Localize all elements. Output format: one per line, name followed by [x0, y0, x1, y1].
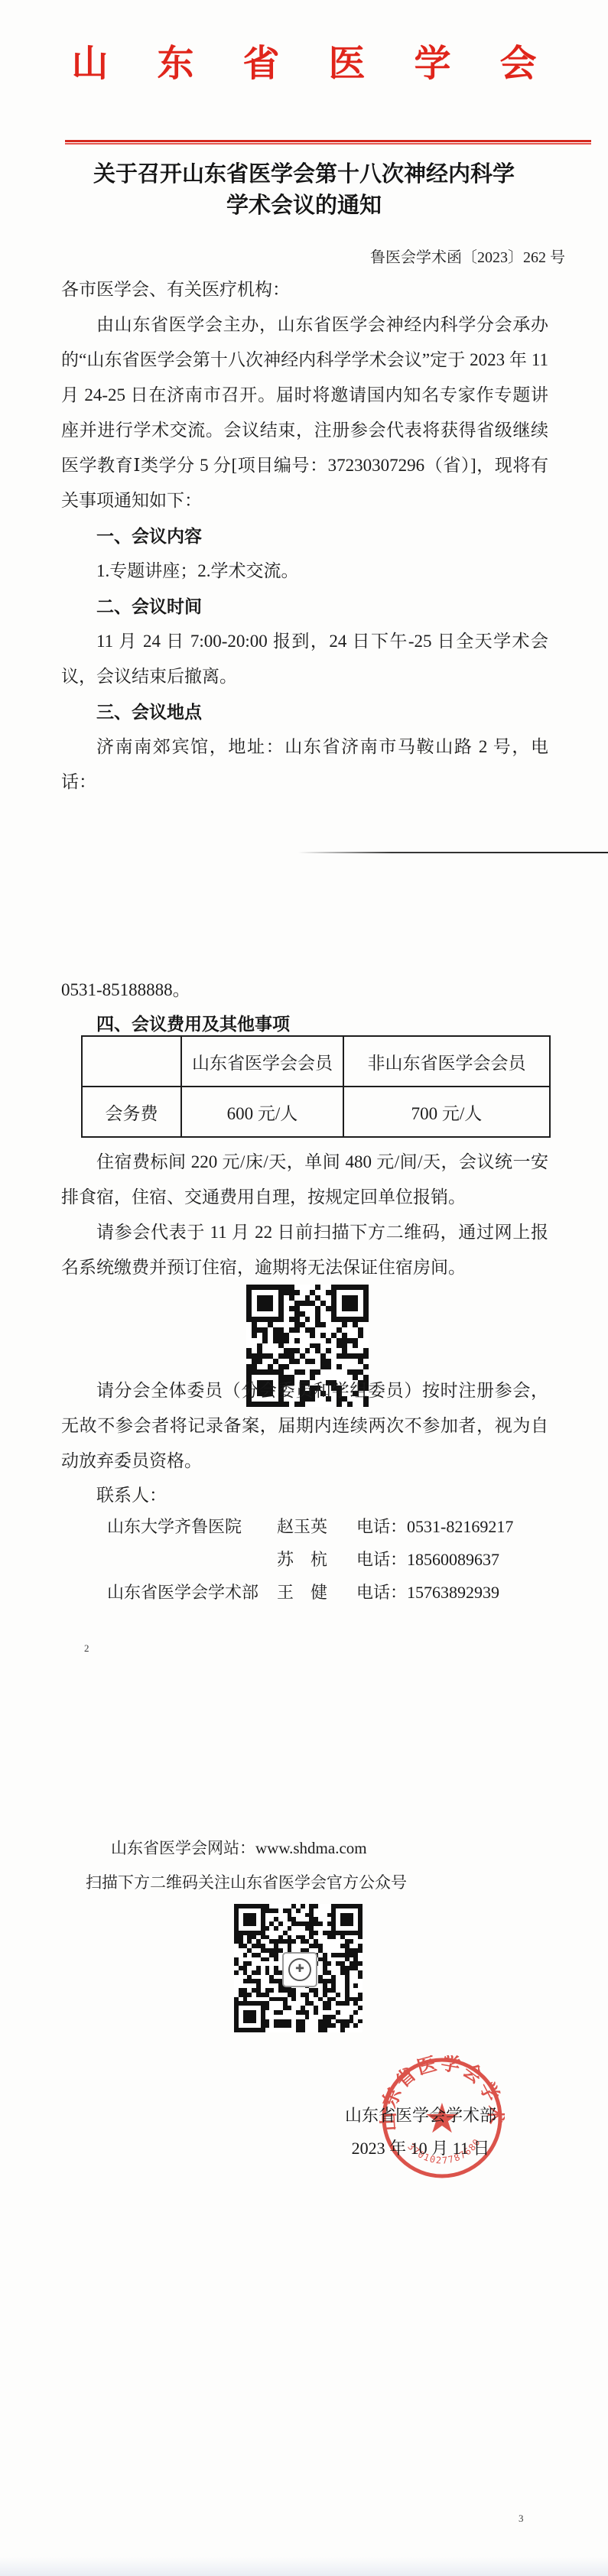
contact-org — [107, 1543, 277, 1576]
section-3-body: 济南南郊宾馆，地址：山东省济南市马鞍山路 2 号，电话： — [61, 729, 548, 800]
section-2-body: 11 月 24 日 7:00-20:00 报到，24 日下午-25 日全天学术会… — [61, 624, 548, 694]
page-scan-edge — [298, 852, 608, 853]
section-3-body-continued: 0531-85188888。 — [61, 973, 190, 1008]
contact-name: 赵玉英 — [277, 1510, 356, 1543]
fee-table-header-member: 山东省医学会会员 — [181, 1036, 343, 1087]
page-number-3: 3 — [519, 2513, 524, 2525]
document-title-line2: 学术会议的通知 — [46, 190, 562, 222]
scan-bottom-shadow — [0, 2557, 608, 2576]
letterhead-rule — [65, 140, 591, 145]
contact-phone: 电话：15763892939 — [356, 1576, 551, 1609]
contact-row: 山东省医学会学术部 王 健 电话：15763892939 — [107, 1576, 551, 1609]
contact-row: 山东大学齐鲁医院 赵玉英 电话：0531-82169217 — [107, 1510, 551, 1543]
website-line: 山东省医学会网站：www.shdma.com — [111, 1830, 367, 1866]
section-1-heading: 一、会议内容 — [96, 518, 202, 554]
scanned-notice-document: 山 东 省 医 学 会 关于召开山东省医学会第十八次神经内科学 学术会议的通知 … — [0, 0, 608, 2576]
contact-phone: 电话：18560089637 — [356, 1543, 551, 1576]
section-2-heading: 二、会议时间 — [96, 589, 202, 624]
fee-table-cell-member-fee: 600 元/人 — [181, 1087, 343, 1137]
lodging-paragraph: 住宿费标间 220 元/床/天，单间 480 元/间/天，会议统一安排食宿，住宿… — [61, 1145, 548, 1215]
contact-phone: 电话：0531-82169217 — [356, 1510, 551, 1543]
contacts-label: 联系人： — [96, 1478, 167, 1513]
fee-table-header-nonmember: 非山东省医学会会员 — [343, 1036, 550, 1087]
wechat-qr-caption: 扫描下方二维码关注山东省医学会官方公众号 — [86, 1865, 407, 1900]
document-title: 关于召开山东省医学会第十八次神经内科学 学术会议的通知 — [46, 159, 562, 222]
contact-name: 苏 杭 — [277, 1543, 356, 1576]
committee-notice-paragraph: 请分会全体委员（分会委员和学组委员）按时注册参会，无故不参会者将记录备案，届期内… — [61, 1373, 548, 1479]
section-1-body: 1.专题讲座；2.学术交流。 — [96, 554, 299, 589]
fee-table-header-row: 山东省医学会会员 非山东省医学会会员 — [82, 1036, 550, 1087]
contact-name: 王 健 — [277, 1576, 356, 1609]
qr-center-logo: ✚ — [282, 1952, 317, 1987]
contact-list: 山东大学齐鲁医院 赵玉英 电话：0531-82169217 苏 杭 电话：185… — [107, 1510, 551, 1609]
document-number: 鲁医会学术函〔2023〕262 号 — [370, 245, 565, 267]
salutation: 各市医学会、有关医疗机构： — [61, 272, 290, 307]
document-title-line1: 关于召开山东省医学会第十八次神经内科学 — [46, 159, 562, 190]
page-number-2: 2 — [84, 1642, 89, 1655]
fee-table-cell-label: 会务费 — [82, 1087, 181, 1137]
fee-table-header-blank — [82, 1036, 181, 1087]
signer-department: 山东省医学会学术部 — [335, 2103, 506, 2126]
contact-row: 苏 杭 电话：18560089637 — [107, 1543, 551, 1576]
intro-paragraph: 由山东省医学会主办，山东省医学会神经内科学分会承办的“山东省医学会第十八次神经内… — [61, 307, 548, 518]
fee-table-data-row: 会务费 600 元/人 700 元/人 — [82, 1087, 550, 1137]
fee-table: 山东省医学会会员 非山东省医学会会员 会务费 600 元/人 700 元/人 — [81, 1035, 551, 1138]
contact-org: 山东省医学会学术部 — [107, 1576, 277, 1609]
registration-paragraph: 请参会代表于 11 月 22 日前扫描下方二维码，通过网上报名系统缴费并预订住宿… — [61, 1215, 548, 1285]
section-3-heading: 三、会议地点 — [96, 694, 202, 729]
contact-org: 山东大学齐鲁医院 — [107, 1510, 277, 1543]
fee-table-cell-nonmember-fee: 700 元/人 — [343, 1087, 550, 1137]
association-emblem-icon: ✚ — [288, 1958, 311, 1981]
letterhead-org-name: 山 东 省 医 学 会 — [0, 34, 608, 86]
issue-date: 2023 年 10 月 11 日 — [335, 2136, 506, 2159]
